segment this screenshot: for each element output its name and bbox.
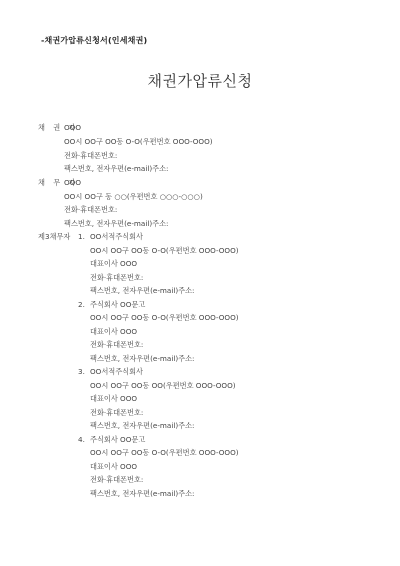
- third-debtor-number: 2.: [78, 300, 85, 310]
- third-debtor-fax-email: 팩스번호, 전자우편(e-mail)주소:: [90, 286, 194, 296]
- creditor-fax-email: 팩스번호, 전자우편(e-mail)주소:: [64, 164, 168, 174]
- third-debtors-label: 제3채무자: [38, 232, 70, 242]
- debtor-name: OOO: [64, 178, 81, 188]
- third-debtor-name: OO서적주식회사: [90, 367, 143, 377]
- third-debtor-number: 3.: [78, 367, 85, 377]
- third-debtor-number: 4.: [78, 435, 85, 445]
- creditor-name: OOO: [64, 123, 81, 133]
- third-debtor-fax-email: 팩스번호, 전자우편(e-mail)주소:: [90, 354, 194, 364]
- third-debtor-name: 주식회사 OO문고: [90, 300, 145, 310]
- third-debtor-fax-email: 팩스번호, 전자우편(e-mail)주소:: [90, 489, 194, 499]
- third-debtor-address: OO시 OO구 OO동 O-O(우편번호 OOO-OOO): [90, 313, 239, 323]
- third-debtor-representative: 대표이사 OOO: [90, 394, 137, 404]
- third-debtor-name: 주식회사 OO문고: [90, 435, 145, 445]
- third-debtor-fax-email: 팩스번호, 전자우편(e-mail)주소:: [90, 421, 194, 431]
- creditor-address: OO시 OO구 OO동 O-O(우편번호 OOO-OOO): [64, 137, 213, 147]
- debtor-phone: 전화·휴대폰번호:: [64, 205, 117, 215]
- third-debtor-phone: 전화·휴대폰번호:: [90, 340, 143, 350]
- third-debtor-address: OO시 OO구 OO동 O-O(우편번호 OOO-OOO): [90, 246, 239, 256]
- third-debtor-phone: 전화·휴대폰번호:: [90, 408, 143, 418]
- debtor-fax-email: 팩스번호, 전자우편(e-mail)주소:: [64, 219, 168, 229]
- third-debtor-representative: 대표이사 OOO: [90, 259, 137, 269]
- document-title: 채권가압류신청: [0, 70, 400, 91]
- document-form-label: -채권가압류신청서(인세채권): [41, 35, 147, 46]
- third-debtor-representative: 대표이사 OOO: [90, 327, 137, 337]
- third-debtor-address: OO시 OO구 OO동 OO(우편번호 OOO-OOO): [90, 381, 236, 391]
- third-debtor-name: OO서적주식회사: [90, 232, 143, 242]
- third-debtor-phone: 전화·휴대폰번호:: [90, 475, 143, 485]
- third-debtor-address: OO시 OO구 OO동 O-O(우편번호 OOO-OOO): [90, 448, 239, 458]
- third-debtor-representative: 대표이사 OOO: [90, 462, 137, 472]
- third-debtor-number: 1.: [78, 232, 85, 242]
- third-debtor-phone: 전화·휴대폰번호:: [90, 273, 143, 283]
- debtor-address: OO시 OO구 동 ○○(우편번호 ○○○-○○○): [64, 192, 203, 202]
- creditor-phone: 전화·휴대폰번호:: [64, 151, 117, 161]
